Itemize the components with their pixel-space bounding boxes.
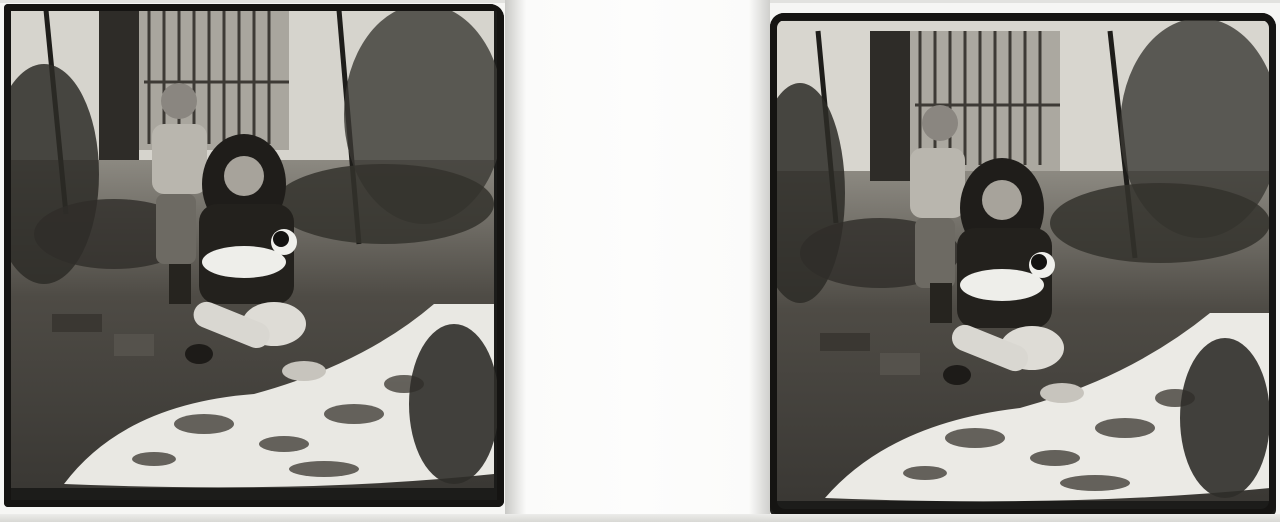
plate-bottom-edge: [0, 514, 1280, 522]
stereo-plate: [0, 0, 1280, 522]
photo-frame-right: [770, 13, 1276, 516]
photo-right-scene: [770, 13, 1276, 516]
photo-left-scene: [4, 4, 504, 507]
photo-frame-left: [4, 4, 504, 507]
stereo-divider: [505, 0, 770, 522]
